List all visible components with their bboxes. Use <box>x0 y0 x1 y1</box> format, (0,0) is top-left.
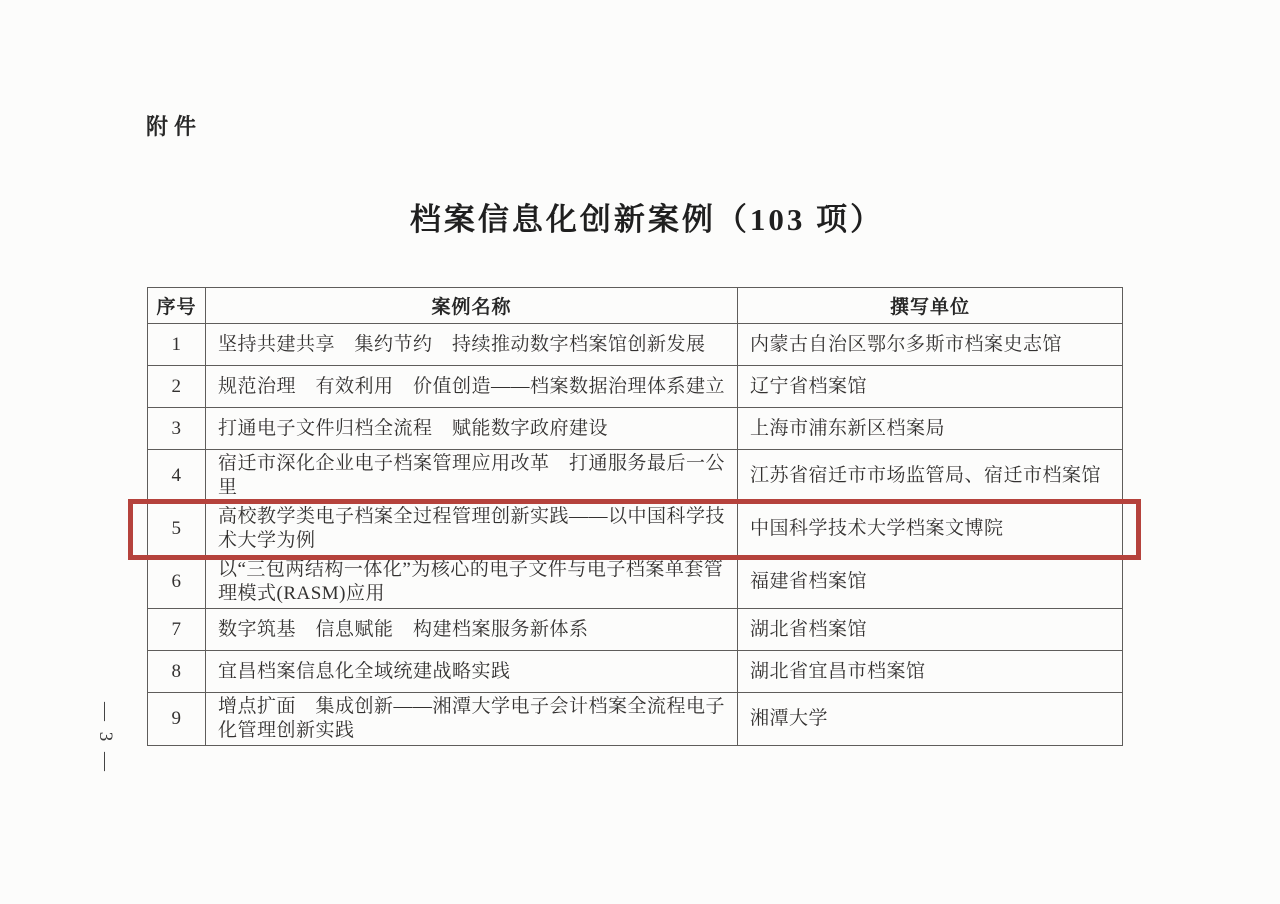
cell-writing-unit: 辽宁省档案馆 <box>738 366 1123 408</box>
table-row: 3 打通电子文件归档全流程 赋能数字政府建设 上海市浦东新区档案局 <box>148 408 1123 450</box>
header-writing-unit: 撰写单位 <box>738 288 1123 324</box>
cell-case-name: 打通电子文件归档全流程 赋能数字政府建设 <box>206 408 738 450</box>
cell-writing-unit: 内蒙古自治区鄂尔多斯市档案史志馆 <box>738 324 1123 366</box>
table-row: 1 坚持共建共享 集约节约 持续推动数字档案馆创新发展 内蒙古自治区鄂尔多斯市档… <box>148 324 1123 366</box>
table-row: 8 宜昌档案信息化全域统建战略实践 湖北省宜昌市档案馆 <box>148 651 1123 693</box>
cell-case-name: 增点扩面 集成创新——湘潭大学电子会计档案全流程电子化管理创新实践 <box>206 693 738 746</box>
cell-case-name: 宜昌档案信息化全域统建战略实践 <box>206 651 738 693</box>
cell-seq-no: 6 <box>148 556 206 609</box>
table-header-row: 序号 案例名称 撰写单位 <box>148 288 1123 324</box>
header-case-name: 案例名称 <box>206 288 738 324</box>
table-row: 9 增点扩面 集成创新——湘潭大学电子会计档案全流程电子化管理创新实践 湘潭大学 <box>148 693 1123 746</box>
page-number: — 3 — <box>94 688 116 788</box>
cell-seq-no: 5 <box>148 503 206 556</box>
cell-case-name: 宿迁市深化企业电子档案管理应用改革 打通服务最后一公里 <box>206 450 738 503</box>
cell-writing-unit: 福建省档案馆 <box>738 556 1123 609</box>
table-row: 2 规范治理 有效利用 价值创造——档案数据治理体系建立 辽宁省档案馆 <box>148 366 1123 408</box>
cell-seq-no: 2 <box>148 366 206 408</box>
document-page: 附件 档案信息化创新案例（103 项） — 3 — 序号 案例名称 撰写单位 1… <box>0 0 1280 904</box>
cell-writing-unit: 江苏省宿迁市市场监管局、宿迁市档案馆 <box>738 450 1123 503</box>
cell-case-name: 规范治理 有效利用 价值创造——档案数据治理体系建立 <box>206 366 738 408</box>
table-row: 4 宿迁市深化企业电子档案管理应用改革 打通服务最后一公里 江苏省宿迁市市场监管… <box>148 450 1123 503</box>
cell-case-name: 高校教学类电子档案全过程管理创新实践——以中国科学技术大学为例 <box>206 503 738 556</box>
cell-writing-unit: 湖北省档案馆 <box>738 609 1123 651</box>
cell-seq-no: 4 <box>148 450 206 503</box>
table-row: 5 高校教学类电子档案全过程管理创新实践——以中国科学技术大学为例 中国科学技术… <box>148 503 1123 556</box>
cell-seq-no: 9 <box>148 693 206 746</box>
cases-table: 序号 案例名称 撰写单位 1 坚持共建共享 集约节约 持续推动数字档案馆创新发展… <box>147 287 1123 746</box>
cell-seq-no: 7 <box>148 609 206 651</box>
page-title: 档案信息化创新案例（103 项） <box>147 194 1147 239</box>
cell-case-name: 坚持共建共享 集约节约 持续推动数字档案馆创新发展 <box>206 324 738 366</box>
cell-writing-unit: 湘潭大学 <box>738 693 1123 746</box>
cell-seq-no: 3 <box>148 408 206 450</box>
table-row: 6 以“三包两结构一体化”为核心的电子文件与电子档案单套管理模式(RASM)应用… <box>148 556 1123 609</box>
cell-writing-unit: 湖北省宜昌市档案馆 <box>738 651 1123 693</box>
cell-seq-no: 8 <box>148 651 206 693</box>
cell-case-name: 以“三包两结构一体化”为核心的电子文件与电子档案单套管理模式(RASM)应用 <box>206 556 738 609</box>
header-seq-no: 序号 <box>148 288 206 324</box>
cell-writing-unit: 中国科学技术大学档案文博院 <box>738 503 1123 556</box>
cell-case-name: 数字筑基 信息赋能 构建档案服务新体系 <box>206 609 738 651</box>
table-row: 7 数字筑基 信息赋能 构建档案服务新体系 湖北省档案馆 <box>148 609 1123 651</box>
attachment-label: 附件 <box>146 110 202 141</box>
cell-seq-no: 1 <box>148 324 206 366</box>
cell-writing-unit: 上海市浦东新区档案局 <box>738 408 1123 450</box>
